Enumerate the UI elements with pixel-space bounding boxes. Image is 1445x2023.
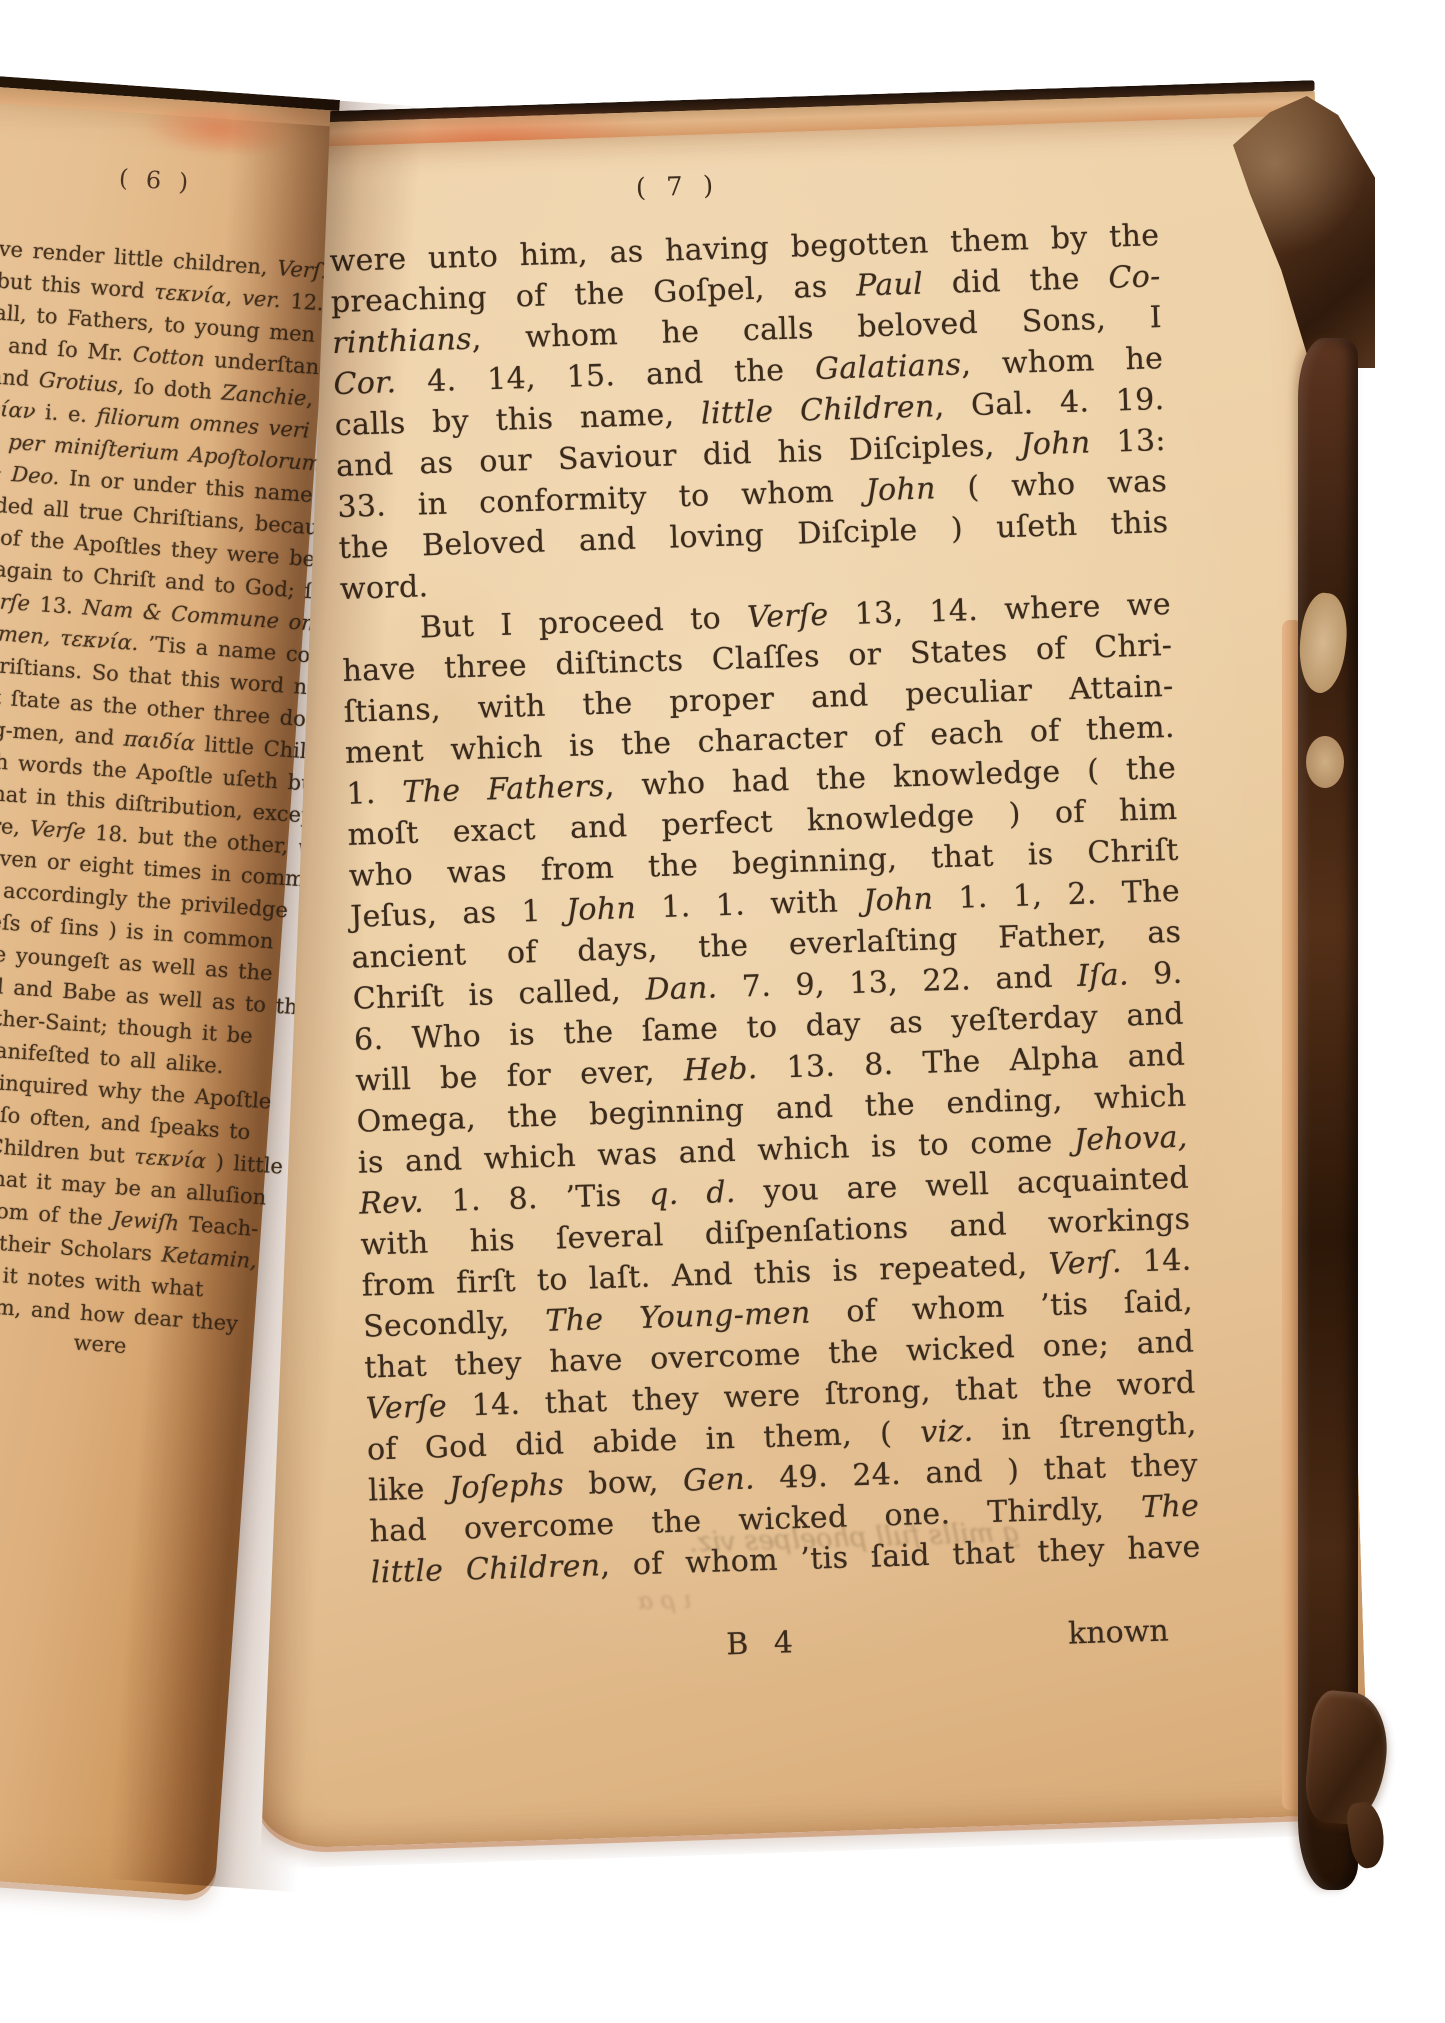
book-photo: ( 6 ) ve render little children, Verſ. 1… (0, 0, 1445, 2023)
catchword-right: known (1068, 1613, 1170, 1651)
leather-strap (1302, 1689, 1391, 1827)
right-page-text: were unto him, as having begotten them b… (329, 215, 1201, 1593)
catchword-left: were (73, 1330, 127, 1358)
page-seven-surface: ( 7 ) were unto him, as having begotten … (206, 115, 1369, 1849)
worn-patch (1306, 736, 1344, 788)
leather-spine-edge (1298, 338, 1358, 1890)
right-page: ( 7 ) were unto him, as having begotten … (205, 80, 1370, 1869)
worn-patch (1294, 591, 1352, 696)
signature-mark: B 4 (726, 1625, 802, 1662)
page-number-left: ( 6 ) (118, 164, 194, 197)
page-number-right: ( 7 ) (327, 157, 1158, 213)
